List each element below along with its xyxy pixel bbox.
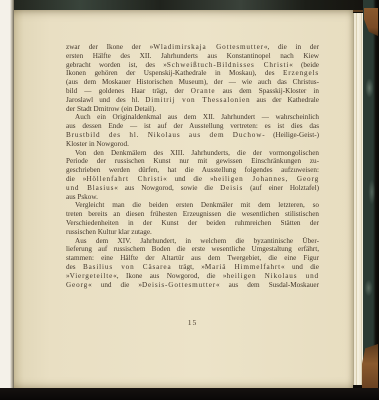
text-line: (aus dem Moskauer Historischen Museum), … <box>66 78 319 87</box>
letterspaced-text: Georg <box>66 281 88 289</box>
text-line: Brustbild des hl. Nikolaus aus dem Ducho… <box>66 131 319 140</box>
letterspaced-text: Erzengels <box>283 69 319 77</box>
text-line: Verschiedenheiten in der Kunst der beide… <box>66 219 319 228</box>
text-segment: Ikonen gehören der Uspenskij-Kathedrale … <box>66 69 283 77</box>
text-segment: « und die » <box>88 281 142 289</box>
scanner-margin-strip <box>0 0 14 390</box>
letterspaced-text: Mariä Himmelfahrt <box>205 263 281 271</box>
text-segment: Aus dem XIV. Jahrhundert, in welchem die… <box>75 237 319 245</box>
text-line: Von den Denkmälern des XIII. Jahrhundert… <box>66 149 319 158</box>
book-cover-marbled-edge <box>363 0 379 400</box>
text-segment: (Heilige-Geist-) <box>266 131 319 139</box>
letterspaced-text: heiligen Nikolaus und <box>226 272 319 280</box>
text-segment: Vergleicht man die beiden ersten Denkmäl… <box>75 201 319 209</box>
letterspaced-text: heiligen Johannes, Georg <box>214 175 319 183</box>
letterspaced-text: Orante <box>191 87 216 95</box>
paragraph: Aus dem XIV. Jahrhundert, in welchem die… <box>66 237 319 290</box>
text-segment: ersten Hälfte des XII. Jahrhunderts aus … <box>66 52 319 60</box>
text-line: des Basilius von Cäsarea trägt, »Mariä H… <box>66 263 319 272</box>
letterspaced-text: Brustbild des hl. Nikolaus aus dem Ducho… <box>66 131 266 139</box>
text-segment: «, Ikone aus Nowgorod, die » <box>113 272 226 280</box>
book-cover-bottom-edge <box>0 388 379 400</box>
text-line: treten bereits an diesen frühesten Erzeu… <box>66 210 319 219</box>
text-line: zwar der Ikone der »Wladimirskaja Gottes… <box>66 43 319 52</box>
text-line: Vergleicht man die beiden ersten Denkmäl… <box>66 201 319 210</box>
text-block: zwar der Ikone der »Wladimirskaja Gottes… <box>66 43 319 289</box>
letterspaced-text: Viergeteilte <box>70 272 114 280</box>
text-line: die »Höllenfahrt Christi« und die »heili… <box>66 175 319 184</box>
text-line: Kloster in Nowgorod. <box>66 140 319 149</box>
text-segment: der Stadt Dmitrow (ein Detail). <box>66 105 156 113</box>
text-segment: « und die » <box>163 175 214 183</box>
text-line: Aus dem XIV. Jahrhundert, in welchem die… <box>66 237 319 246</box>
text-line: ersten Hälfte des XII. Jahrhunderts aus … <box>66 52 319 61</box>
text-segment: (aus dem Moskauer Historischen Museum), … <box>66 78 319 86</box>
text-segment: gebracht worden ist, des » <box>66 61 167 69</box>
text-line: gebracht worden ist, des »Schweißtuch-Bi… <box>66 61 319 70</box>
text-segment: aus dem Spasskij-Kloster in <box>215 87 319 95</box>
text-line: bild — goldenes Haar trägt, der Orante a… <box>66 87 319 96</box>
text-line: der Stadt Dmitrow (ein Detail). <box>66 105 319 114</box>
paragraph: Auch ein Originaldenkmal aus dem XII. Ja… <box>66 113 319 148</box>
text-segment: aus der Kathedrale <box>250 96 319 104</box>
letterspaced-text: Deisis-Gottesmutter <box>142 281 216 289</box>
text-segment: die » <box>66 175 86 183</box>
text-line: aus Pskow. <box>66 193 319 202</box>
text-segment: « (beide <box>289 61 319 69</box>
text-segment: zwar der Ikone der » <box>66 43 153 51</box>
text-segment: « aus dem Susdal-Moskauer <box>216 281 319 289</box>
text-line: russischen Kultur klar zutage. <box>66 228 319 237</box>
text-line: Auch ein Originaldenkmal aus dem XII. Ja… <box>66 113 319 122</box>
text-line: Jaroslawl und des hl. Dimitrij von Thess… <box>66 96 319 105</box>
text-segment: trägt, » <box>172 263 205 271</box>
text-segment: Auch ein Originaldenkmal aus dem XII. Ja… <box>75 113 319 121</box>
text-line: aus dessen Ende — ist auf der Ausstellun… <box>66 122 319 131</box>
text-segment: « aus Nowgorod, sowie die <box>114 184 220 192</box>
letterspaced-text: Wladimirskaja Gottesmutter <box>153 43 264 51</box>
letterspaced-text: und Blasius <box>66 184 114 192</box>
paragraph: Von den Denkmälern des XIII. Jahrhundert… <box>66 149 319 202</box>
text-line: Georg« und die »Deisis-Gottesmutter« aus… <box>66 281 319 290</box>
text-segment: geschrieben werden dürfen, hat die Ausst… <box>66 166 319 174</box>
page-number: 15 <box>66 318 319 327</box>
paragraph: zwar der Ikone der »Wladimirskaja Gottes… <box>66 43 319 113</box>
text-segment: aus dessen Ende — ist auf der Ausstellun… <box>66 122 319 130</box>
text-segment: des <box>66 263 83 271</box>
letterspaced-text: Schweißtuch-Bildnisses Christi <box>167 61 289 69</box>
text-line: »Viergeteilte«, Ikone aus Nowgorod, die … <box>66 272 319 281</box>
text-segment: Kloster in Nowgorod. <box>66 140 129 148</box>
text-line: Ikonen gehören der Uspenskij-Kathedrale … <box>66 69 319 78</box>
text-segment: lieferung auf russischem Boden die erste… <box>66 245 319 253</box>
letterspaced-text: Deisis <box>220 184 243 192</box>
text-segment: «, die in der <box>264 43 319 51</box>
text-segment: (auf einer Holztafel) <box>243 184 319 192</box>
text-segment: Von den Denkmälern des XIII. Jahrhundert… <box>75 149 319 157</box>
book-scan: zwar der Ikone der »Wladimirskaja Gottes… <box>0 0 379 400</box>
text-segment: « und die <box>281 263 319 271</box>
text-segment: Jaroslawl und des hl. <box>66 96 145 104</box>
text-line: geschrieben werden dürfen, hat die Ausst… <box>66 166 319 175</box>
text-line: und Blasius« aus Nowgorod, sowie die Dei… <box>66 184 319 193</box>
text-segment: stammen: eine Hälfte der Altartür aus de… <box>66 254 319 262</box>
text-segment: Verschiedenheiten in der Kunst der beide… <box>66 219 319 227</box>
letterspaced-text: Dimitrij von Thessalonien <box>145 96 250 104</box>
text-segment: aus Pskow. <box>66 193 98 201</box>
paragraph: Vergleicht man die beiden ersten Denkmäl… <box>66 201 319 236</box>
letterspaced-text: Höllenfahrt Christi <box>86 175 163 183</box>
letterspaced-text: Basilius von Cäsarea <box>83 263 172 271</box>
text-segment: russischen Kultur klar zutage. <box>66 228 152 236</box>
text-line: lieferung auf russischem Boden die erste… <box>66 245 319 254</box>
text-line: Periode der russischen Kunst nur mit gew… <box>66 157 319 166</box>
text-segment: treten bereits an diesen frühesten Erzeu… <box>66 210 319 218</box>
text-line: stammen: eine Hälfte der Altartür aus de… <box>66 254 319 263</box>
text-segment: bild — goldenes Haar trägt, der <box>66 87 191 95</box>
text-segment: Periode der russischen Kunst nur mit gew… <box>66 157 319 165</box>
